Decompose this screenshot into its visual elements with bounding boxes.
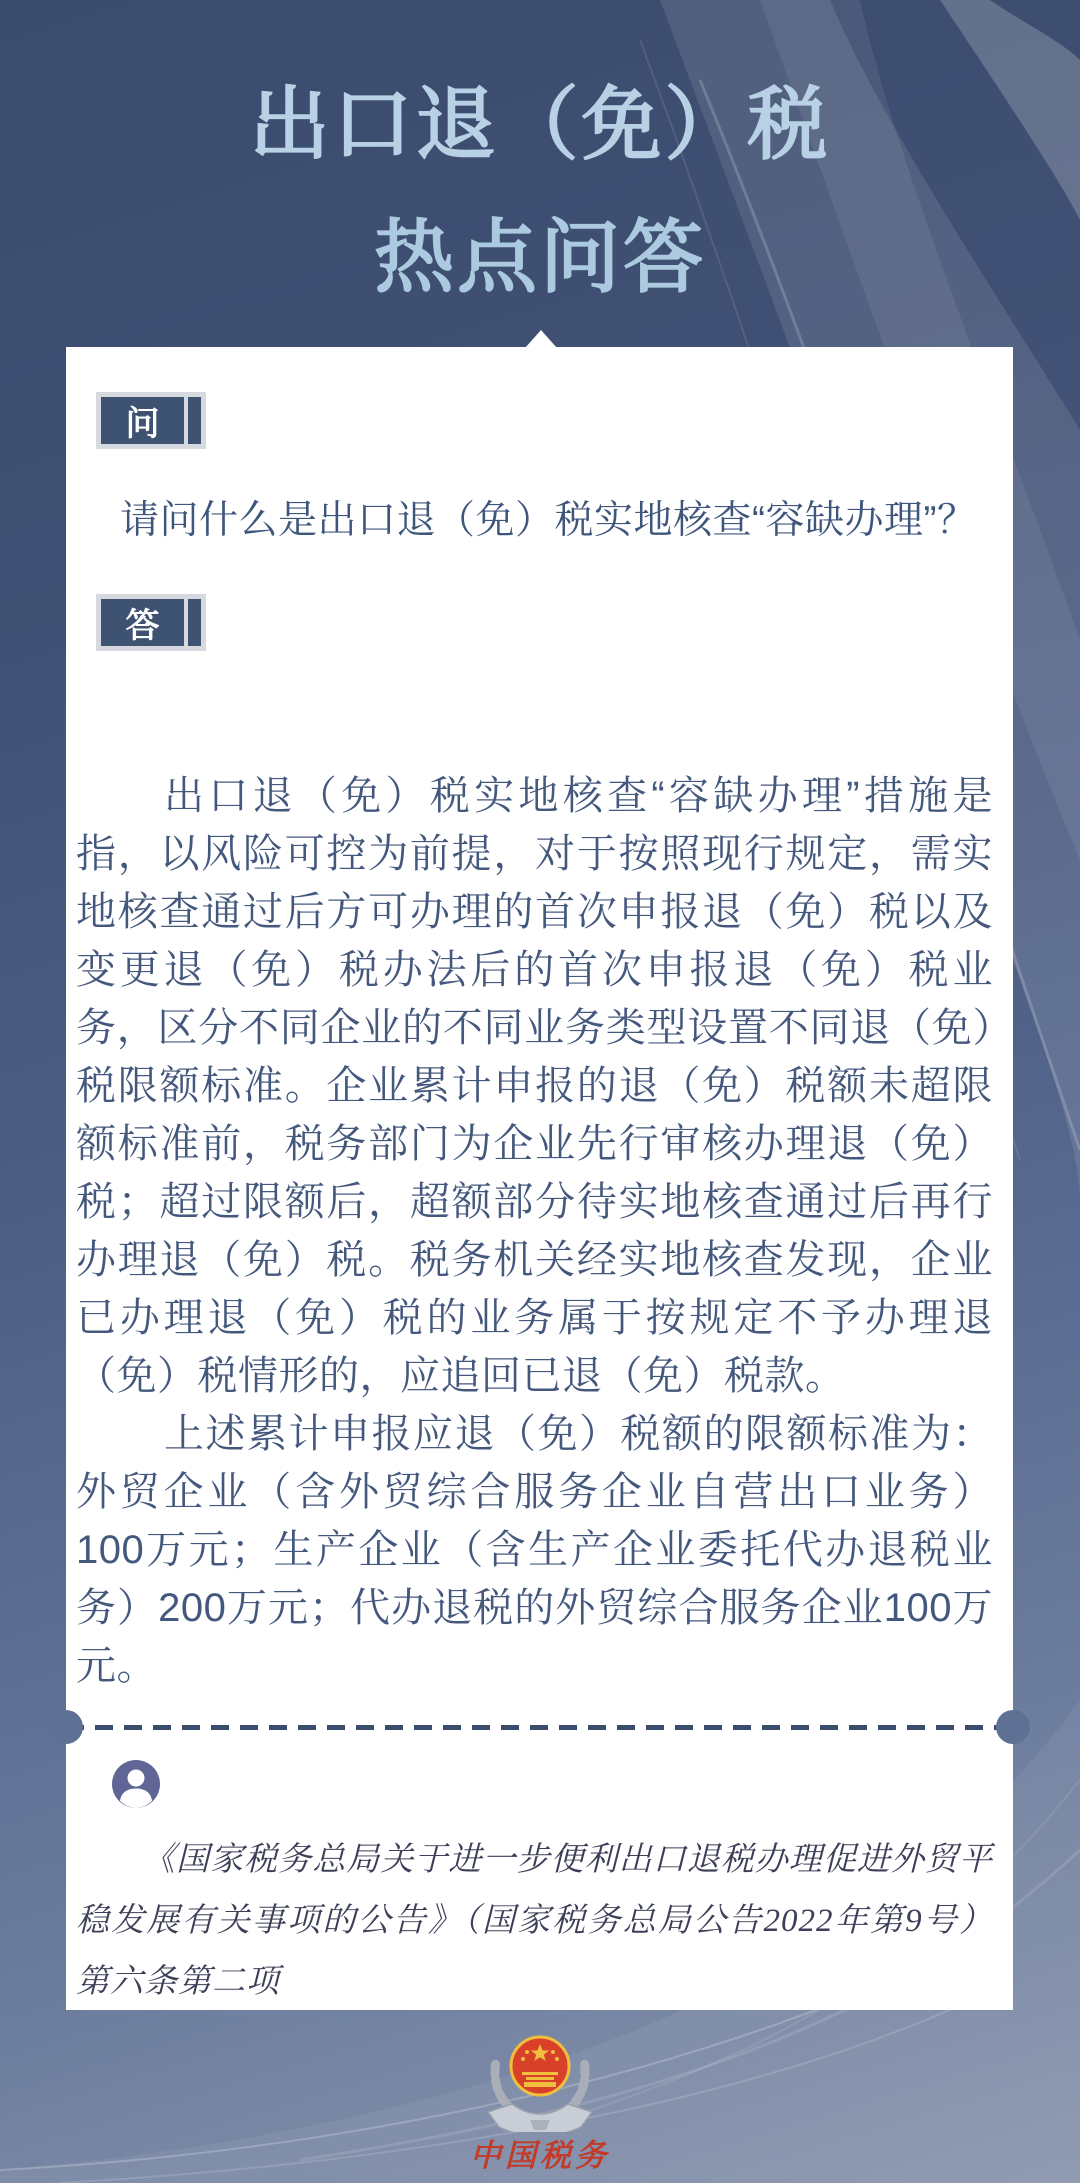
question-label: 问: [101, 397, 184, 444]
qa-card: 问 请问什么是出口退（免）税实地核查“容缺办理”？ 答 出口退（免）税实地核查“…: [66, 347, 1013, 2010]
tax-emblem-logo: [460, 2028, 620, 2132]
right-notch-circle: [996, 1710, 1030, 1744]
source-citation: 《国家税务总局关于进一步便利出口退税办理促进外贸平稳发展有关事项的公告》（国家税…: [76, 1830, 993, 2013]
poster-title: 出口退（免）税 热点问答: [0, 58, 1080, 324]
card-top-notch: [525, 330, 557, 348]
poster-title-line-1: 出口退（免）税: [0, 58, 1080, 191]
answer-label-box: 答: [96, 594, 206, 651]
left-notch-circle: [49, 1710, 83, 1744]
emblem-gate-base: [524, 2082, 556, 2087]
dashed-divider: [66, 1725, 1013, 1730]
answer-paragraph-2: 上述累计申报应退（免）税额的限额标准为：外贸企业（含外贸综合服务企业自营出口业务…: [76, 1405, 993, 1695]
question-label-box: 问: [96, 392, 206, 449]
answer-label-bar: [188, 599, 201, 646]
answer-text: 出口退（免）税实地核查“容缺办理”措施是指，以风险可控为前提，对于按照现行规定，…: [76, 767, 993, 1695]
answer-paragraph-1: 出口退（免）税实地核查“容缺办理”措施是指，以风险可控为前提，对于按照现行规定，…: [76, 767, 993, 1405]
question-text: 请问什么是出口退（免）税实地核查“容缺办理”？: [120, 489, 1020, 545]
question-label-bar: [188, 397, 201, 444]
logo-text: 中国税务: [0, 2130, 1080, 2175]
poster-title-line-2: 热点问答: [0, 191, 1080, 324]
answer-label: 答: [101, 599, 184, 646]
emblem-gate-roof: [522, 2072, 558, 2075]
person-icon: [112, 1760, 160, 1808]
